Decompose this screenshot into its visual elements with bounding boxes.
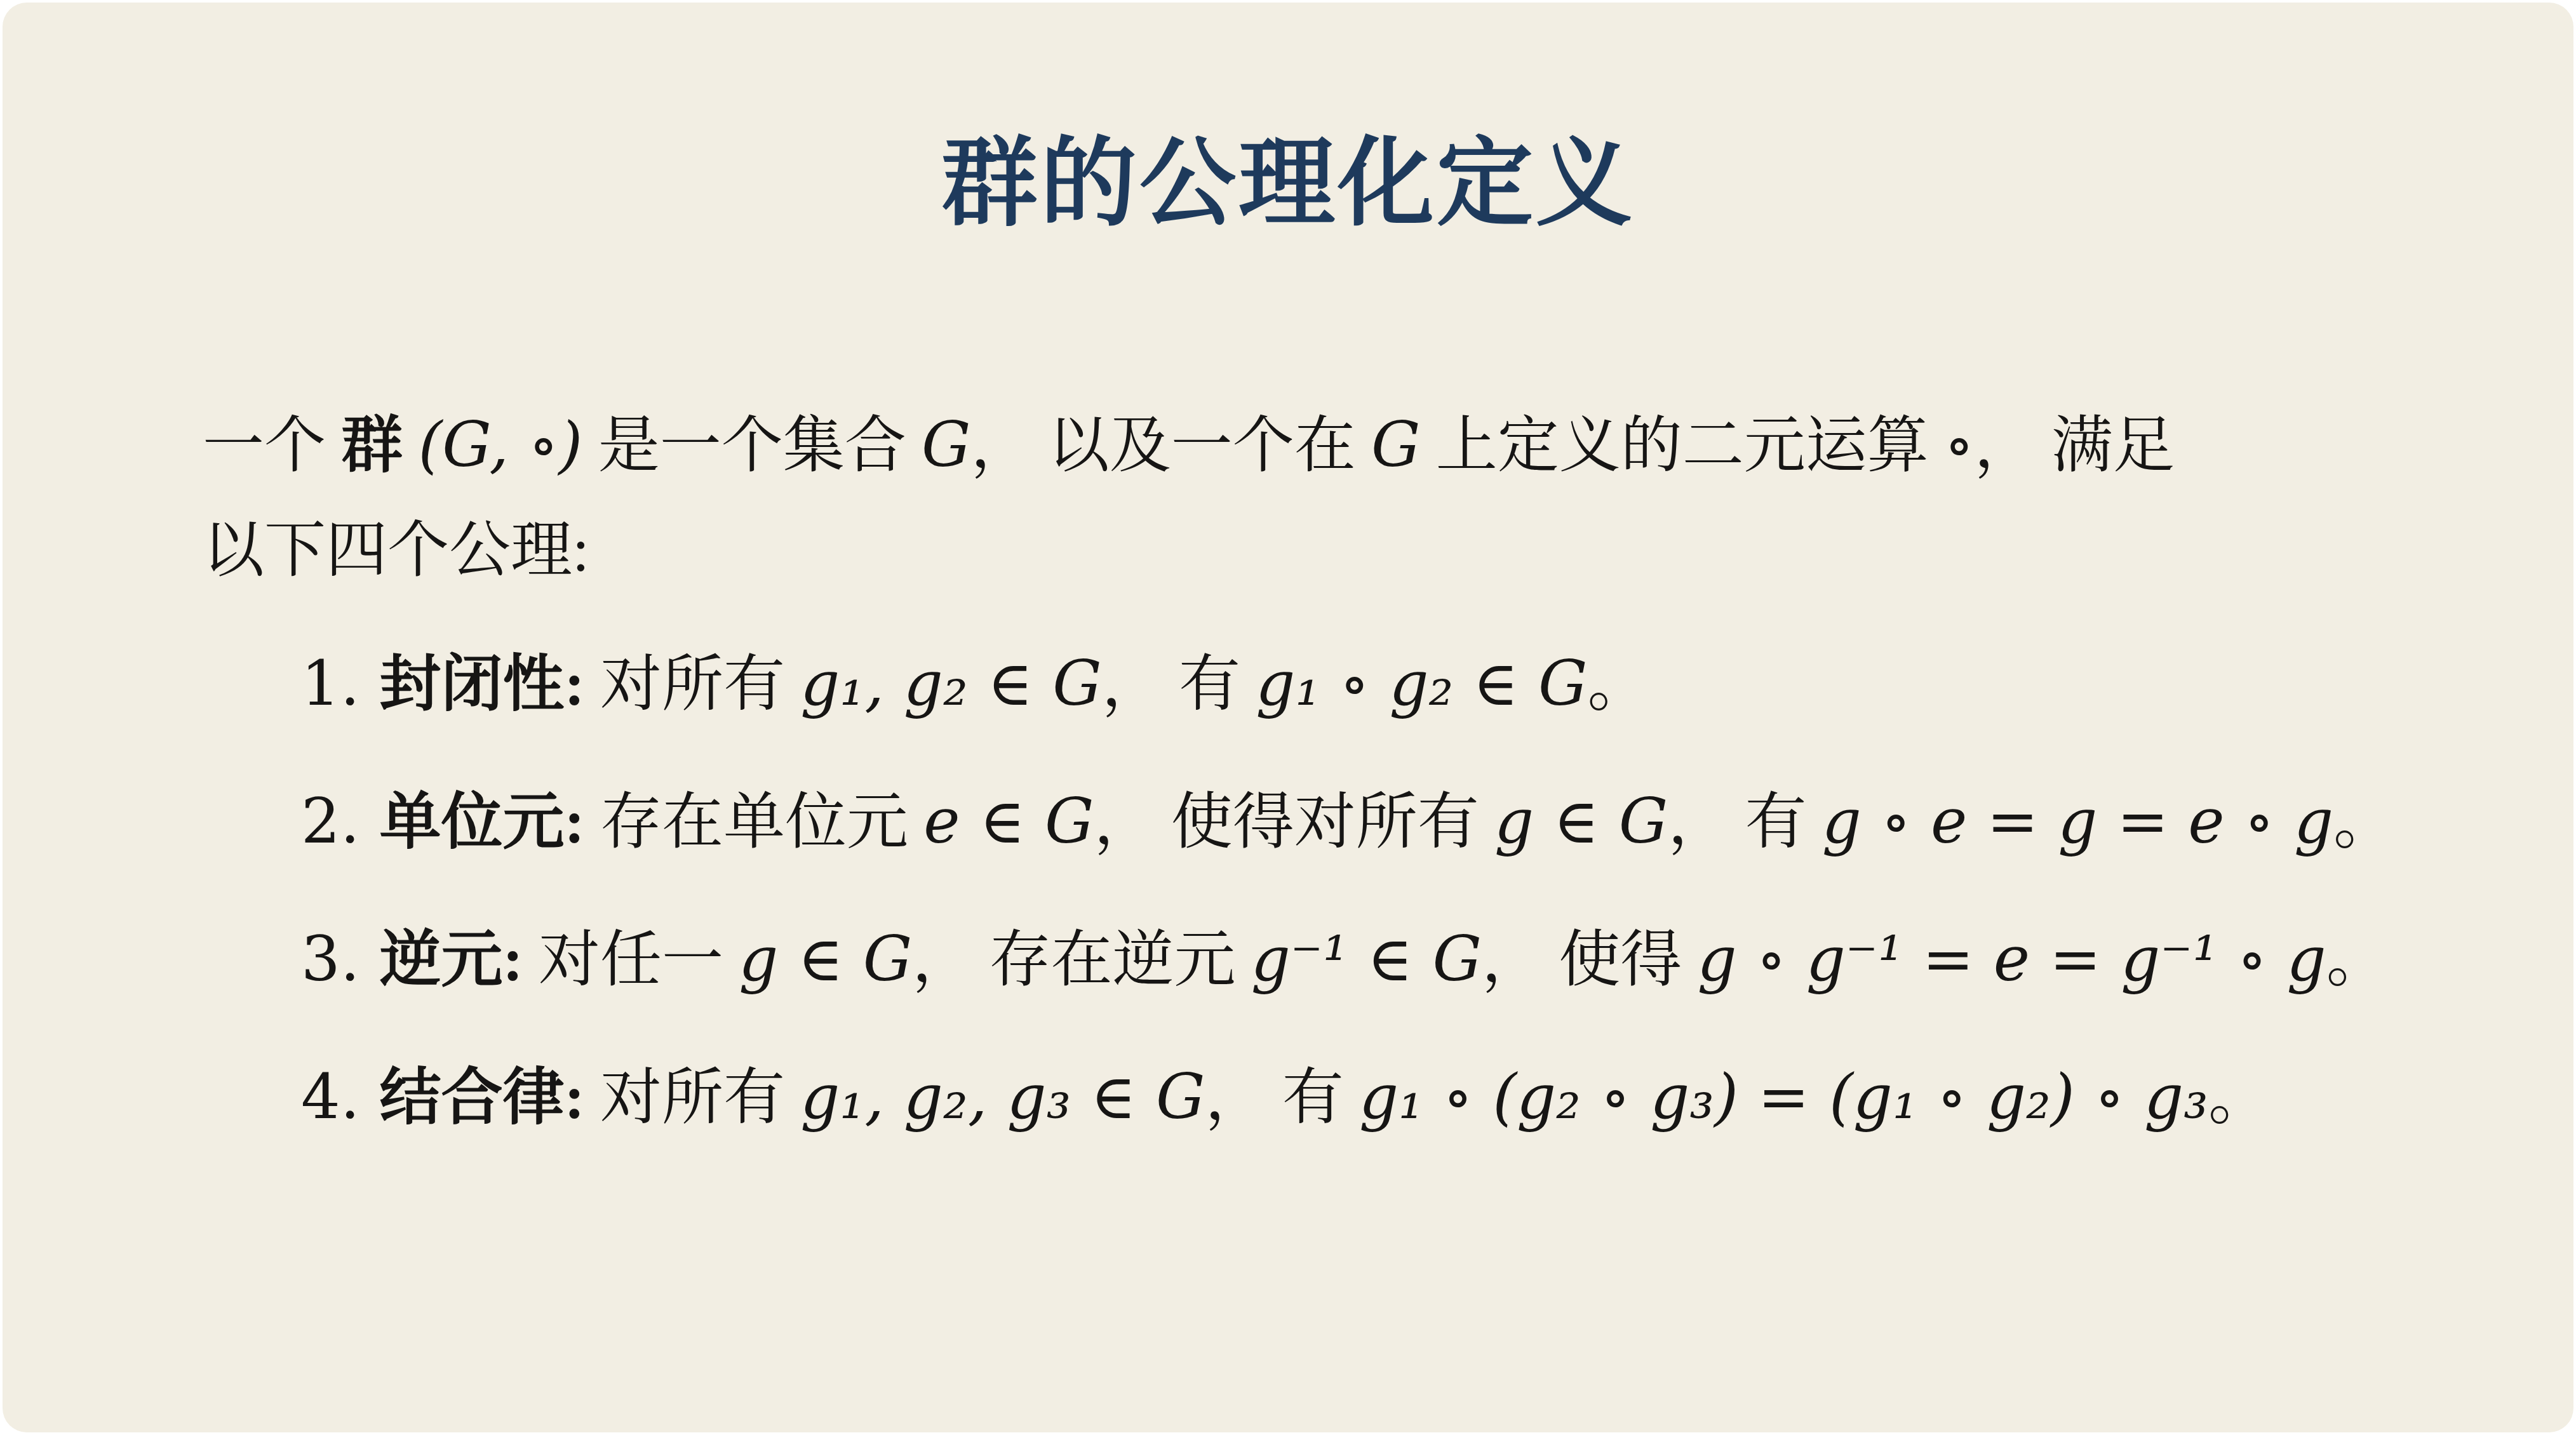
slide-panel: 群的公理化定义 一个 群 (G, ∘) 是一个集合 G， 以及一个在 G 上定义… — [3, 3, 2573, 1432]
axiom-closure: 1. 封闭性: 对所有 g₁, g₂ ∈ G， 有 g₁ ∘ g₂ ∈ G。 — [301, 644, 2446, 724]
intro-line-2: 以下四个公理: — [203, 498, 2396, 603]
slide-title: 群的公理化定义 — [3, 123, 2573, 244]
axiom-identity: 2. 单位元: 存在单位元 e ∈ G， 使得对所有 g ∈ G， 有 g ∘ … — [301, 782, 2446, 862]
axiom-list: 1. 封闭性: 对所有 g₁, g₂ ∈ G， 有 g₁ ∘ g₂ ∈ G。 2… — [301, 644, 2446, 1138]
slide-page: 群的公理化定义 一个 群 (G, ∘) 是一个集合 G， 以及一个在 G 上定义… — [0, 0, 2576, 1440]
definition-intro: 一个 群 (G, ∘) 是一个集合 G， 以及一个在 G 上定义的二元运算 ∘，… — [203, 393, 2396, 603]
intro-line-1: 一个 群 (G, ∘) 是一个集合 G， 以及一个在 G 上定义的二元运算 ∘，… — [203, 393, 2396, 498]
axiom-associativity: 4. 结合律: 对所有 g₁, g₂, g₃ ∈ G， 有 g₁ ∘ (g₂ ∘… — [301, 1057, 2446, 1138]
axiom-inverse: 3. 逆元: 对任一 g ∈ G， 存在逆元 g⁻¹ ∈ G， 使得 g ∘ g… — [301, 919, 2446, 1000]
